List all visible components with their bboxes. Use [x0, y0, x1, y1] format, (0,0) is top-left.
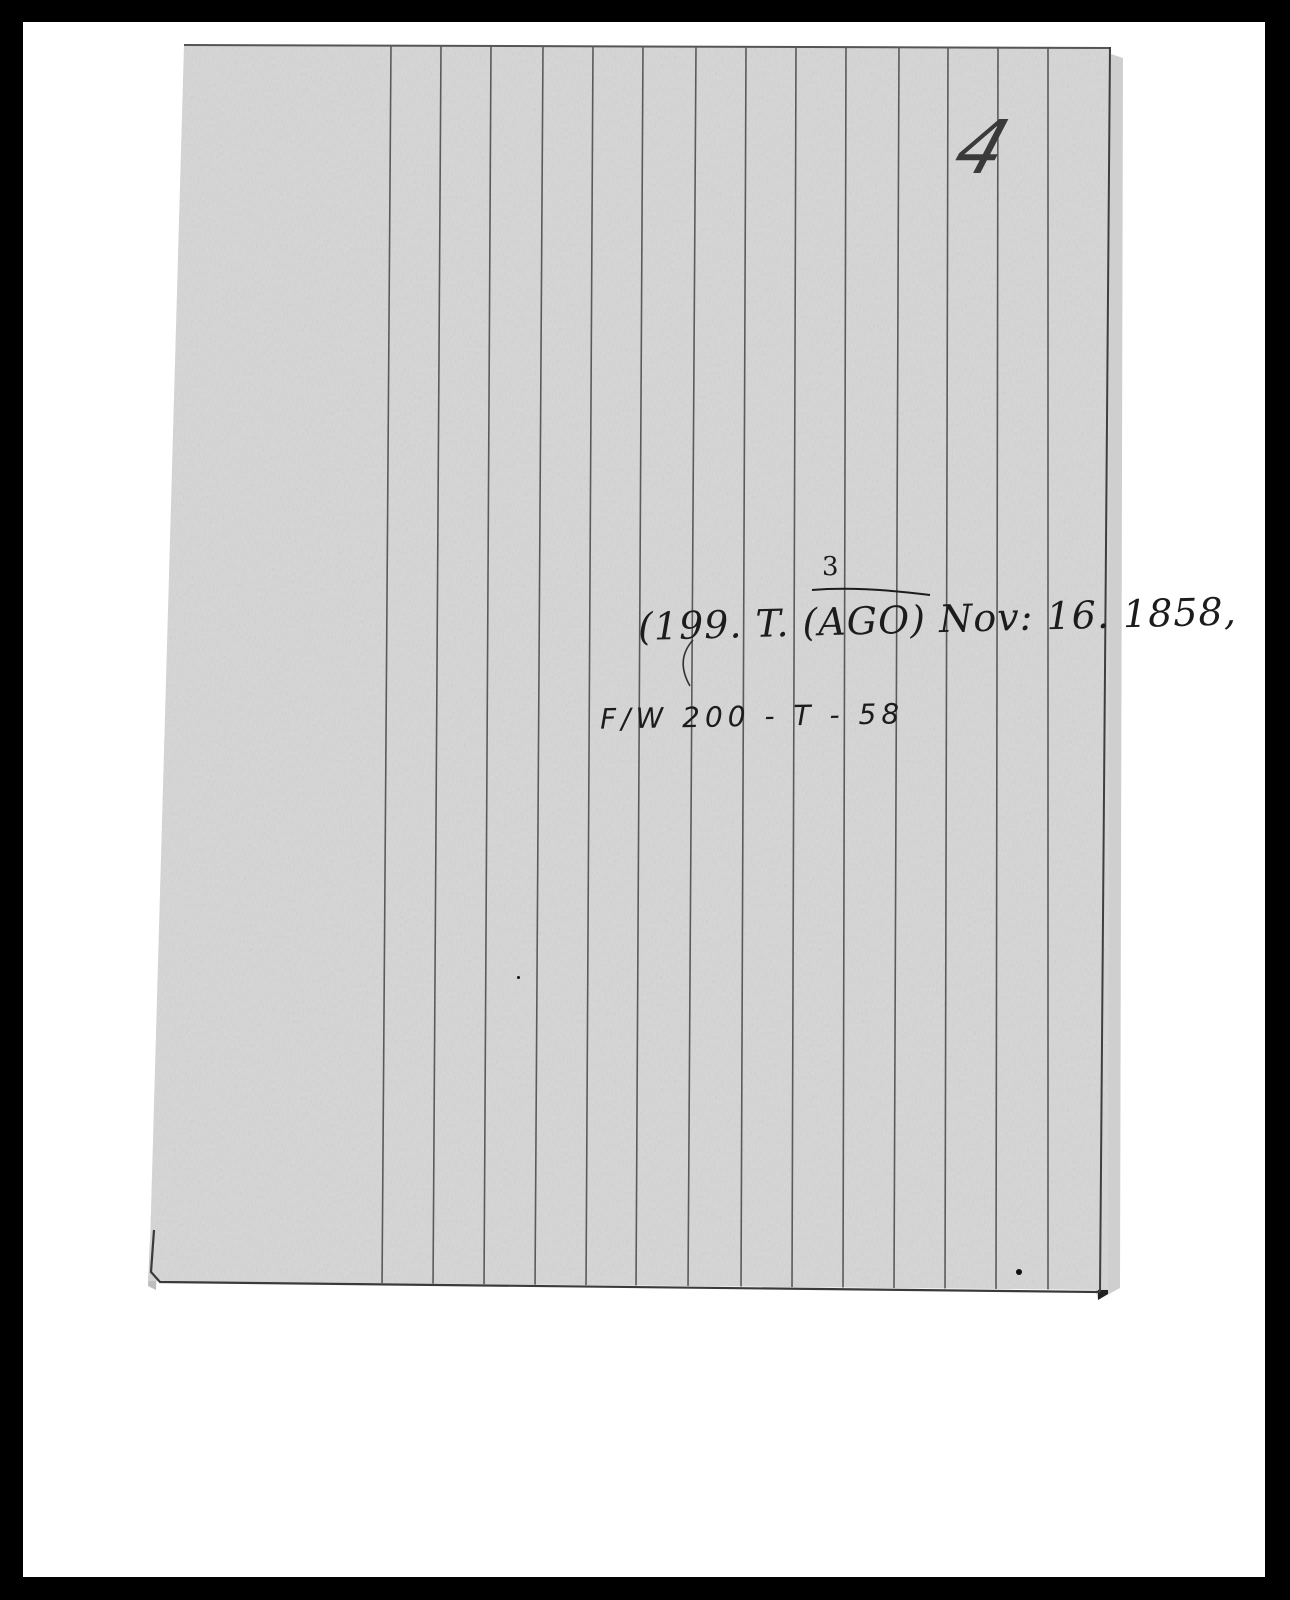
ledger-page [0, 0, 1290, 1600]
annotation-file-reference: F/W 200 - T - 58 [600, 697, 905, 735]
ink-spot [1016, 1269, 1022, 1275]
ink-speck [517, 976, 520, 979]
annotation-superscript: 3 [822, 552, 839, 582]
